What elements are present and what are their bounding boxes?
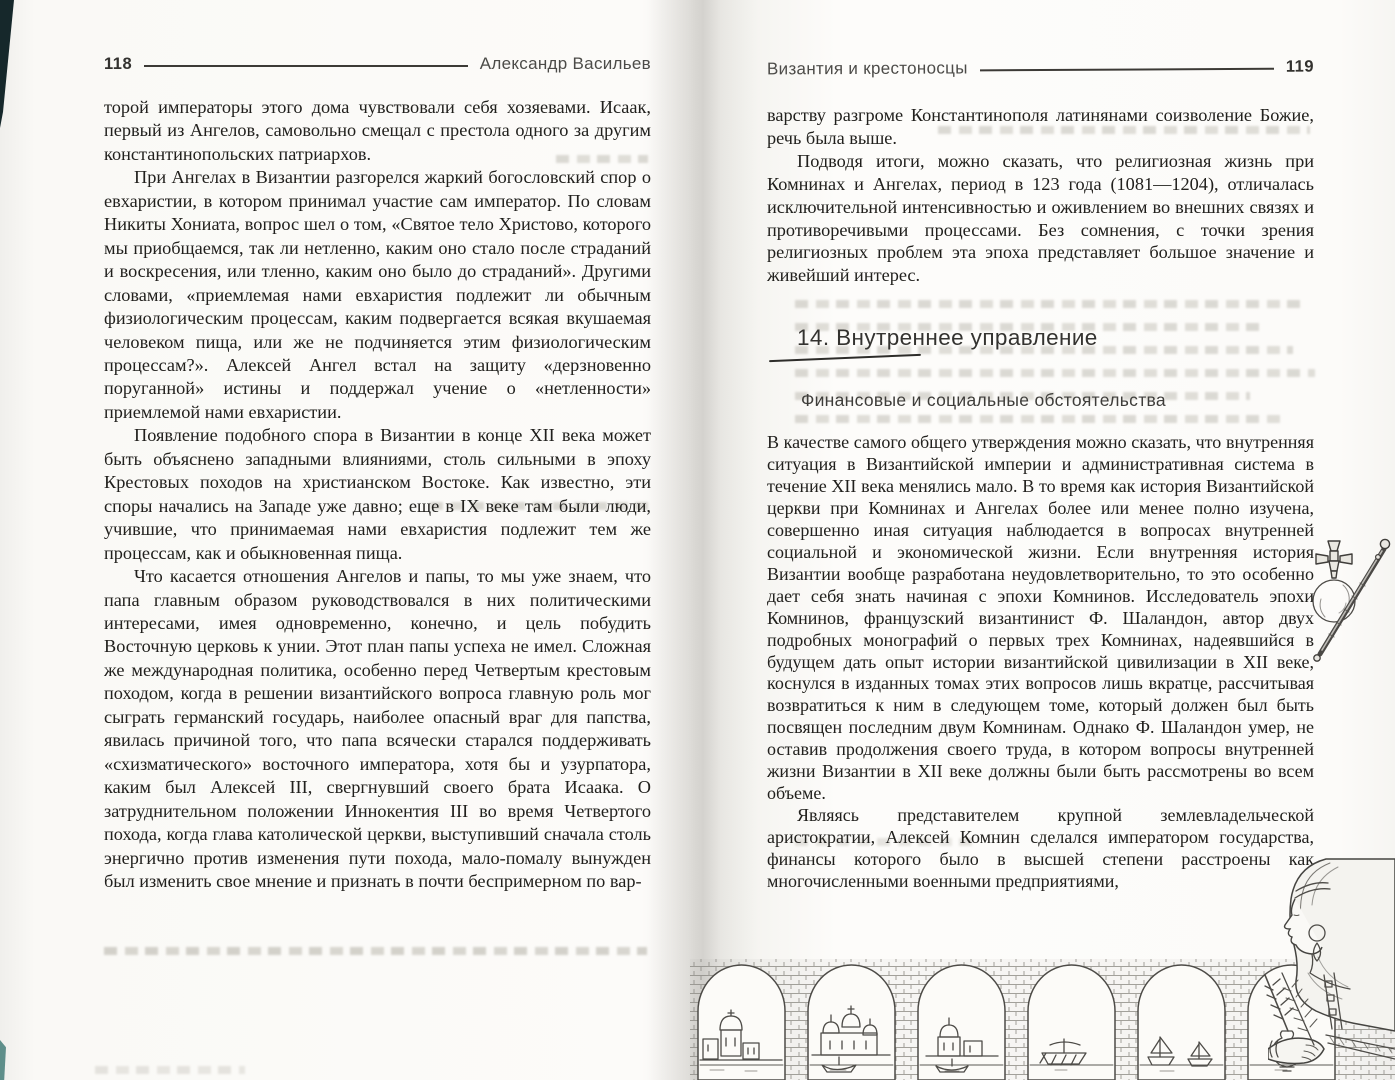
paragraph: Появление подобного спора в Византии в к… [104, 424, 651, 565]
paragraph: Что касается отношения Ангелов и папы, т… [104, 565, 651, 893]
woman-figure-illustration [1268, 853, 1395, 1080]
paragraph: В качестве самого общего утверждения мож… [767, 432, 1314, 805]
left-running-header: 118 Александр Васильев [104, 54, 651, 74]
paragraph: Подводя итоги, можно сказать, что религи… [767, 150, 1314, 287]
bleed-through-artifact [795, 415, 1283, 423]
bleed-through-artifact [795, 369, 1315, 377]
header-rule [144, 65, 468, 67]
margin-emblem-illustration [1303, 533, 1391, 665]
book-scan: 118 Александр Васильев торой императоры … [0, 0, 1395, 1080]
page-gutter-shadow [648, 0, 758, 1080]
left-header-title: Александр Васильев [480, 54, 651, 74]
globus-cruciger-and-scepter-icon [1303, 533, 1391, 665]
bleed-through-artifact [795, 300, 1300, 308]
bleed-through-artifact [95, 1066, 245, 1074]
paragraph: варству разгроме Константинополя латинян… [767, 104, 1314, 150]
paragraph: торой императоры этого дома чувствовали … [104, 96, 651, 166]
paragraph: Являясь представителем крупной землевлад… [767, 805, 1314, 893]
section-subheading: Финансовые и социальные обстоятельства [801, 390, 1166, 411]
right-page-number: 119 [1286, 57, 1314, 76]
header-rule [980, 67, 1274, 71]
left-page-number: 118 [104, 55, 132, 74]
woman-in-veil-icon [1268, 853, 1395, 1080]
right-header-title: Византия и крестоносцы [767, 58, 968, 79]
paragraph: При Ангелах в Византии разгорелся жаркий… [104, 166, 651, 424]
right-running-header: Византия и крестоносцы 119 [767, 57, 1314, 80]
section-heading: 14. Внутреннее управление [797, 325, 1098, 351]
bleed-through-artifact [104, 947, 647, 955]
right-page-body-text: В качестве самого общего утверждения мож… [767, 432, 1314, 893]
left-page-text: торой императоры этого дома чувствовали … [104, 96, 651, 893]
right-page-intro-text: варству разгроме Константинополя латинян… [767, 104, 1314, 287]
